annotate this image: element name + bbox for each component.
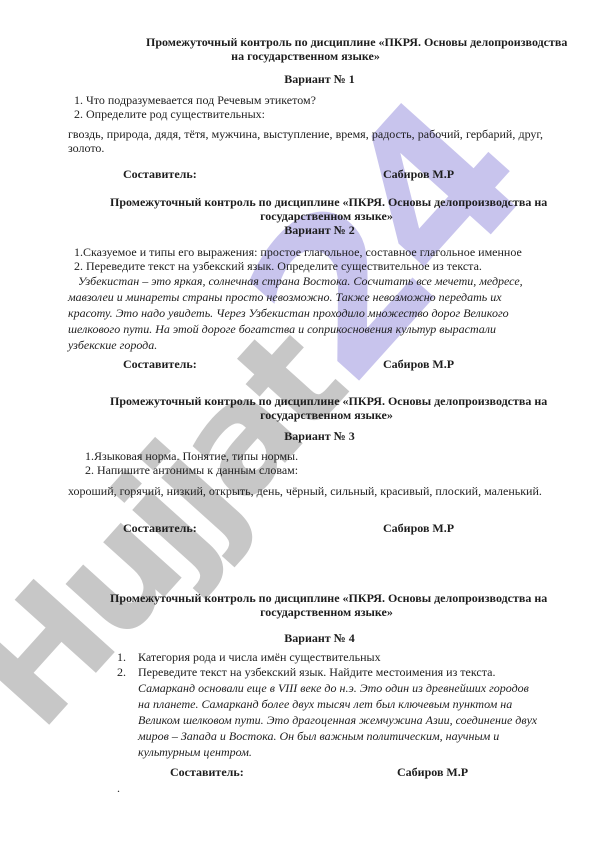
composer-label: Составитель: xyxy=(170,765,244,779)
heading-line-2: государственном языке» xyxy=(110,409,543,423)
composer-label: Составитель: xyxy=(123,357,197,371)
question-item: 1. Категория рода и числа имён существит… xyxy=(68,650,543,665)
question-item: 2. Напишите антонимы к данным словам: xyxy=(85,463,543,477)
variant-1-section: Промежуточный контроль по дисциплине «ПК… xyxy=(68,36,543,181)
list-text: Категория рода и числа имён существитель… xyxy=(138,650,381,665)
variant-2-questions: 1.Сказуемое и типы его выражения: просто… xyxy=(68,245,543,273)
heading-line-2: на государственном языке» xyxy=(68,50,543,64)
question-item: 1. Что подразумевается под Речевым этике… xyxy=(74,93,543,107)
list-number: 2. xyxy=(117,665,138,680)
stray-punctuation-mark: . xyxy=(117,781,120,796)
question-item: 2. Переведите текст на узбекский язык. Н… xyxy=(68,665,543,680)
question-item: 2. Переведите текст на узбекский язык. О… xyxy=(74,259,543,273)
exam-heading-4: Промежуточный контроль по дисциплине «ПК… xyxy=(68,592,543,619)
heading-line-1: Промежуточный контроль по дисциплине «ПК… xyxy=(110,395,543,409)
question-item: 2. Определите род существительных: xyxy=(74,107,543,121)
variant-3-questions: 1.Языковая норма. Понятие, типы нормы. 2… xyxy=(68,449,543,477)
variant-4-composer-row: Составитель: Сабиров М.Р xyxy=(68,765,543,779)
heading-line-2: государственном языке» xyxy=(110,606,543,620)
composer-name: Сабиров М.Р xyxy=(397,765,468,779)
variant-3-composer-row: Составитель: Сабиров М.Р xyxy=(68,521,543,535)
exam-heading-2: Промежуточный контроль по дисциплине «ПК… xyxy=(68,196,543,223)
variant-1-composer-row: Составитель: Сабиров М.Р xyxy=(68,167,543,181)
variant-4-questions: 1. Категория рода и числа имён существит… xyxy=(68,650,543,680)
variant-2-section: Промежуточный контроль по дисциплине «ПК… xyxy=(68,196,543,371)
variant-4-section: Промежуточный контроль по дисциплине «ПК… xyxy=(68,592,543,779)
heading-line-2: государственном языке» xyxy=(110,210,543,224)
heading-line-1: Промежуточный контроль по дисциплине «ПК… xyxy=(68,36,543,50)
composer-name: Сабиров М.Р xyxy=(383,357,454,371)
exam-heading-1: Промежуточный контроль по дисциплине «ПК… xyxy=(68,36,543,63)
question-item: 1.Языковая норма. Понятие, типы нормы. xyxy=(85,449,543,463)
composer-label: Составитель: xyxy=(123,167,197,181)
variant-3-title: Вариант № 3 xyxy=(68,429,543,443)
variant-1-word-list: гвоздь, природа, дядя, тётя, мужчина, вы… xyxy=(68,127,543,155)
variant-2-composer-row: Составитель: Сабиров М.Р xyxy=(68,357,543,371)
variant-3-section: Промежуточный контроль по дисциплине «ПК… xyxy=(68,395,543,535)
document-page: Hujjat24 Промежуточный контроль по дисци… xyxy=(0,0,596,842)
list-number: 1. xyxy=(117,650,138,665)
variant-1-title: Вариант № 1 xyxy=(68,72,543,86)
variant-2-translation-text: Узбекистан – это яркая, солнечная страна… xyxy=(68,273,543,353)
variant-2-title: Вариант № 2 xyxy=(68,223,543,237)
exam-heading-3: Промежуточный контроль по дисциплине «ПК… xyxy=(68,395,543,422)
heading-line-1: Промежуточный контроль по дисциплине «ПК… xyxy=(110,196,543,210)
composer-name: Сабиров М.Р xyxy=(383,167,454,181)
variant-4-title: Вариант № 4 xyxy=(68,631,543,645)
variant-1-questions: 1. Что подразумевается под Речевым этике… xyxy=(68,93,543,121)
composer-name: Сабиров М.Р xyxy=(383,521,454,535)
question-item: 1.Сказуемое и типы его выражения: просто… xyxy=(74,245,543,259)
variant-4-translation-text: Самарканд основали еще в VIII веке до н.… xyxy=(138,680,543,760)
heading-line-1: Промежуточный контроль по дисциплине «ПК… xyxy=(110,592,543,606)
composer-label: Составитель: xyxy=(123,521,197,535)
variant-3-word-list: хороший, горячий, низкий, открыть, день,… xyxy=(68,484,543,498)
list-text: Переведите текст на узбекский язык. Найд… xyxy=(138,665,495,680)
